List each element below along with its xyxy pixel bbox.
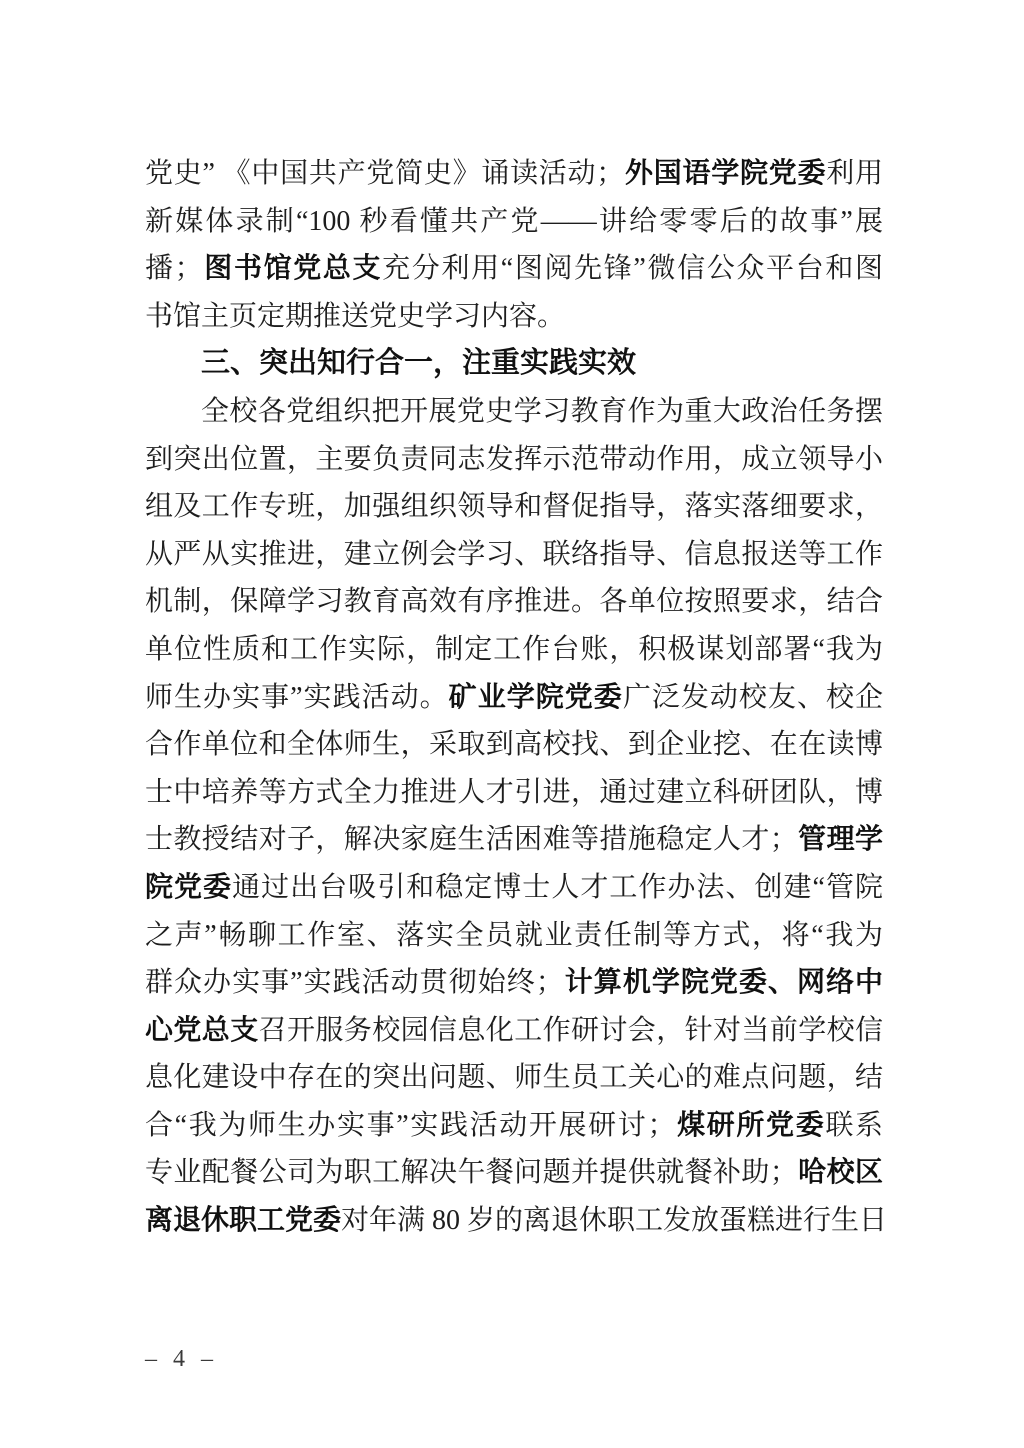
emphasis-text: 哈校区 bbox=[798, 1157, 883, 1188]
emphasis-text: 管理学 bbox=[798, 824, 883, 855]
text-segment: 单位性质和工作实际，制定工作台账，积极谋划部署“我为 bbox=[145, 634, 883, 665]
text-line: 院党委通过出台吸引和稳定博士人才工作办法、创建“管院 bbox=[145, 864, 883, 912]
text-segment: 通过出台吸引和稳定博士人才工作办法、创建“管院 bbox=[232, 872, 883, 903]
text-segment: 机制，保障学习教育高效有序推进。各单位按照要求，结合 bbox=[145, 586, 883, 617]
text-line: 全校各党组织把开展党史学习教育作为重大政治任务摆 bbox=[145, 388, 883, 436]
section-heading: 三、突出知行合一，注重实践实效 bbox=[145, 340, 883, 388]
text-line: 党史” 《中国共产党简史》诵读活动；外国语学院党委利用 bbox=[145, 150, 883, 198]
text-line: 士教授结对子，解决家庭生活困难等措施稳定人才；管理学 bbox=[145, 816, 883, 864]
emphasis-text: 三、突出知行合一，注重实践实效 bbox=[201, 347, 636, 379]
emphasis-text: 图书馆党总支 bbox=[203, 253, 383, 284]
emphasis-text: 心党总支 bbox=[145, 1015, 259, 1046]
text-line: 从严从实推进，建立例会学习、联络指导、信息报送等工作 bbox=[145, 531, 883, 579]
text-segment: 专业配餐公司为职工解决午餐问题并提供就餐补助； bbox=[145, 1157, 798, 1188]
text-segment: 利用 bbox=[826, 158, 883, 189]
text-line: 新媒体录制“100 秒看懂共产党——讲给零零后的故事”展 bbox=[145, 198, 883, 246]
text-line: 师生办实事”实践活动。矿业学院党委广泛发动校友、校企 bbox=[145, 674, 883, 722]
text-segment: 士教授结对子，解决家庭生活困难等措施稳定人才； bbox=[145, 824, 798, 855]
text-segment: 息化建设中存在的突出问题、师生员工关心的难点问题，结 bbox=[145, 1062, 883, 1093]
text-segment: 全校各党组织把开展党史学习教育作为重大政治任务摆 bbox=[201, 396, 883, 427]
text-line: 合作单位和全体师生，采取到高校找、到企业挖、在在读博 bbox=[145, 721, 883, 769]
text-segment: 播； bbox=[145, 253, 203, 284]
text-segment: 书馆主页定期推送党史学习内容。 bbox=[145, 301, 565, 332]
text-segment: 到突出位置，主要负责同志发挥示范带动作用，成立领导小 bbox=[145, 444, 883, 475]
text-line: 书馆主页定期推送党史学习内容。 bbox=[145, 293, 883, 341]
text-segment: 之声”畅聊工作室、落实全员就业责任制等方式，将“我为 bbox=[145, 920, 883, 951]
text-line: 播；图书馆党总支充分利用“图阅先锋”微信公众平台和图 bbox=[145, 245, 883, 293]
emphasis-text: 煤研所党委 bbox=[675, 1110, 825, 1141]
text-segment: 士中培养等方式全力推进人才引进，通过建立科研团队，博 bbox=[145, 777, 883, 808]
emphasis-text: 外国语学院党委 bbox=[624, 158, 826, 189]
text-line: 机制，保障学习教育高效有序推进。各单位按照要求，结合 bbox=[145, 578, 883, 626]
text-line: 合“我为师生办实事”实践活动开展研讨；煤研所党委联系 bbox=[145, 1102, 883, 1150]
text-segment: 对年满 80 岁的离退休职工发放蛋糕进行生日 bbox=[341, 1205, 887, 1236]
emphasis-text: 计算机学院党委、网络中 bbox=[564, 967, 883, 998]
text-segment: 组及工作专班，加强组织领导和督促指导，落实落细要求， bbox=[145, 491, 883, 522]
emphasis-text: 院党委 bbox=[145, 872, 232, 903]
text-segment: 新媒体录制“100 秒看懂共产党——讲给零零后的故事”展 bbox=[145, 206, 883, 237]
page-number: – 4 – bbox=[145, 1346, 218, 1373]
text-line: 单位性质和工作实际，制定工作台账，积极谋划部署“我为 bbox=[145, 626, 883, 674]
text-line: 之声”畅聊工作室、落实全员就业责任制等方式，将“我为 bbox=[145, 912, 883, 960]
text-line: 离退休职工党委对年满 80 岁的离退休职工发放蛋糕进行生日 bbox=[145, 1197, 883, 1245]
text-line: 息化建设中存在的突出问题、师生员工关心的难点问题，结 bbox=[145, 1054, 883, 1102]
text-line: 群众办实事”实践活动贯彻始终；计算机学院党委、网络中 bbox=[145, 959, 883, 1007]
text-segment: 党史” 《中国共产党简史》诵读活动； bbox=[145, 158, 624, 189]
text-segment: 广泛发动校友、校企 bbox=[623, 682, 883, 713]
text-segment: 师生办实事”实践活动。 bbox=[145, 682, 449, 713]
text-line: 到突出位置，主要负责同志发挥示范带动作用，成立领导小 bbox=[145, 436, 883, 484]
emphasis-text: 矿业学院党委 bbox=[449, 682, 623, 713]
text-segment: 合作单位和全体师生，采取到高校找、到企业挖、在在读博 bbox=[145, 729, 883, 760]
document-text-block: 党史” 《中国共产党简史》诵读活动；外国语学院党委利用新媒体录制“100 秒看懂… bbox=[145, 150, 883, 1245]
text-segment: 群众办实事”实践活动贯彻始终； bbox=[145, 967, 564, 998]
text-line: 专业配餐公司为职工解决午餐问题并提供就餐补助；哈校区 bbox=[145, 1149, 883, 1197]
text-segment: 联系 bbox=[825, 1110, 883, 1141]
text-line: 心党总支召开服务校园信息化工作研讨会，针对当前学校信 bbox=[145, 1007, 883, 1055]
text-segment: 合“我为师生办实事”实践活动开展研讨； bbox=[145, 1110, 675, 1141]
text-segment: 从严从实推进，建立例会学习、联络指导、信息报送等工作 bbox=[145, 539, 883, 570]
document-page: 党史” 《中国共产党简史》诵读活动；外国语学院党委利用新媒体录制“100 秒看懂… bbox=[0, 0, 1024, 1448]
emphasis-text: 离退休职工党委 bbox=[145, 1205, 341, 1236]
text-line: 士中培养等方式全力推进人才引进，通过建立科研团队，博 bbox=[145, 769, 883, 817]
text-line: 组及工作专班，加强组织领导和督促指导，落实落细要求， bbox=[145, 483, 883, 531]
text-segment: 充分利用“图阅先锋”微信公众平台和图 bbox=[382, 253, 883, 284]
text-segment: 召开服务校园信息化工作研讨会，针对当前学校信 bbox=[259, 1015, 883, 1046]
